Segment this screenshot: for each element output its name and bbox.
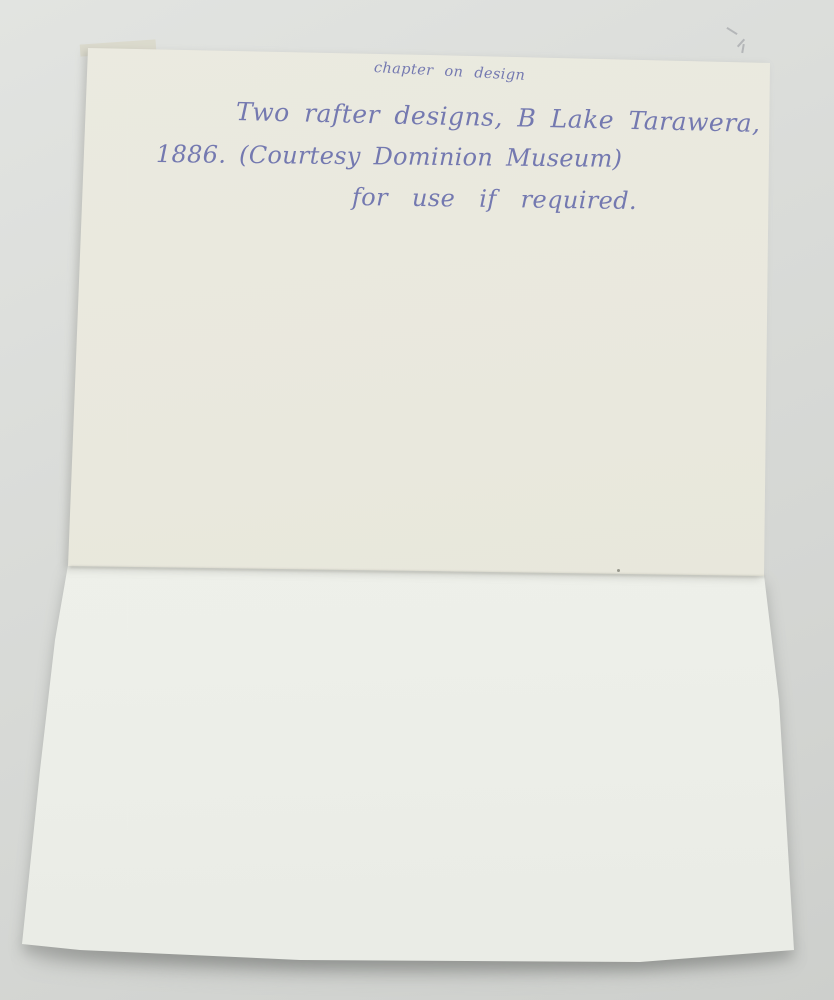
fold-speck xyxy=(617,569,620,572)
photo-scene: chapter on design Two rafter designs, B … xyxy=(0,0,834,1000)
handwritten-caption-line2: 1886. (Courtesy Dominion Museum) xyxy=(156,140,623,173)
photo: { "colors": { "ink": "#6a70ad", "paperTo… xyxy=(0,0,834,1000)
handwritten-caption-line3: for use if required. xyxy=(352,183,637,215)
